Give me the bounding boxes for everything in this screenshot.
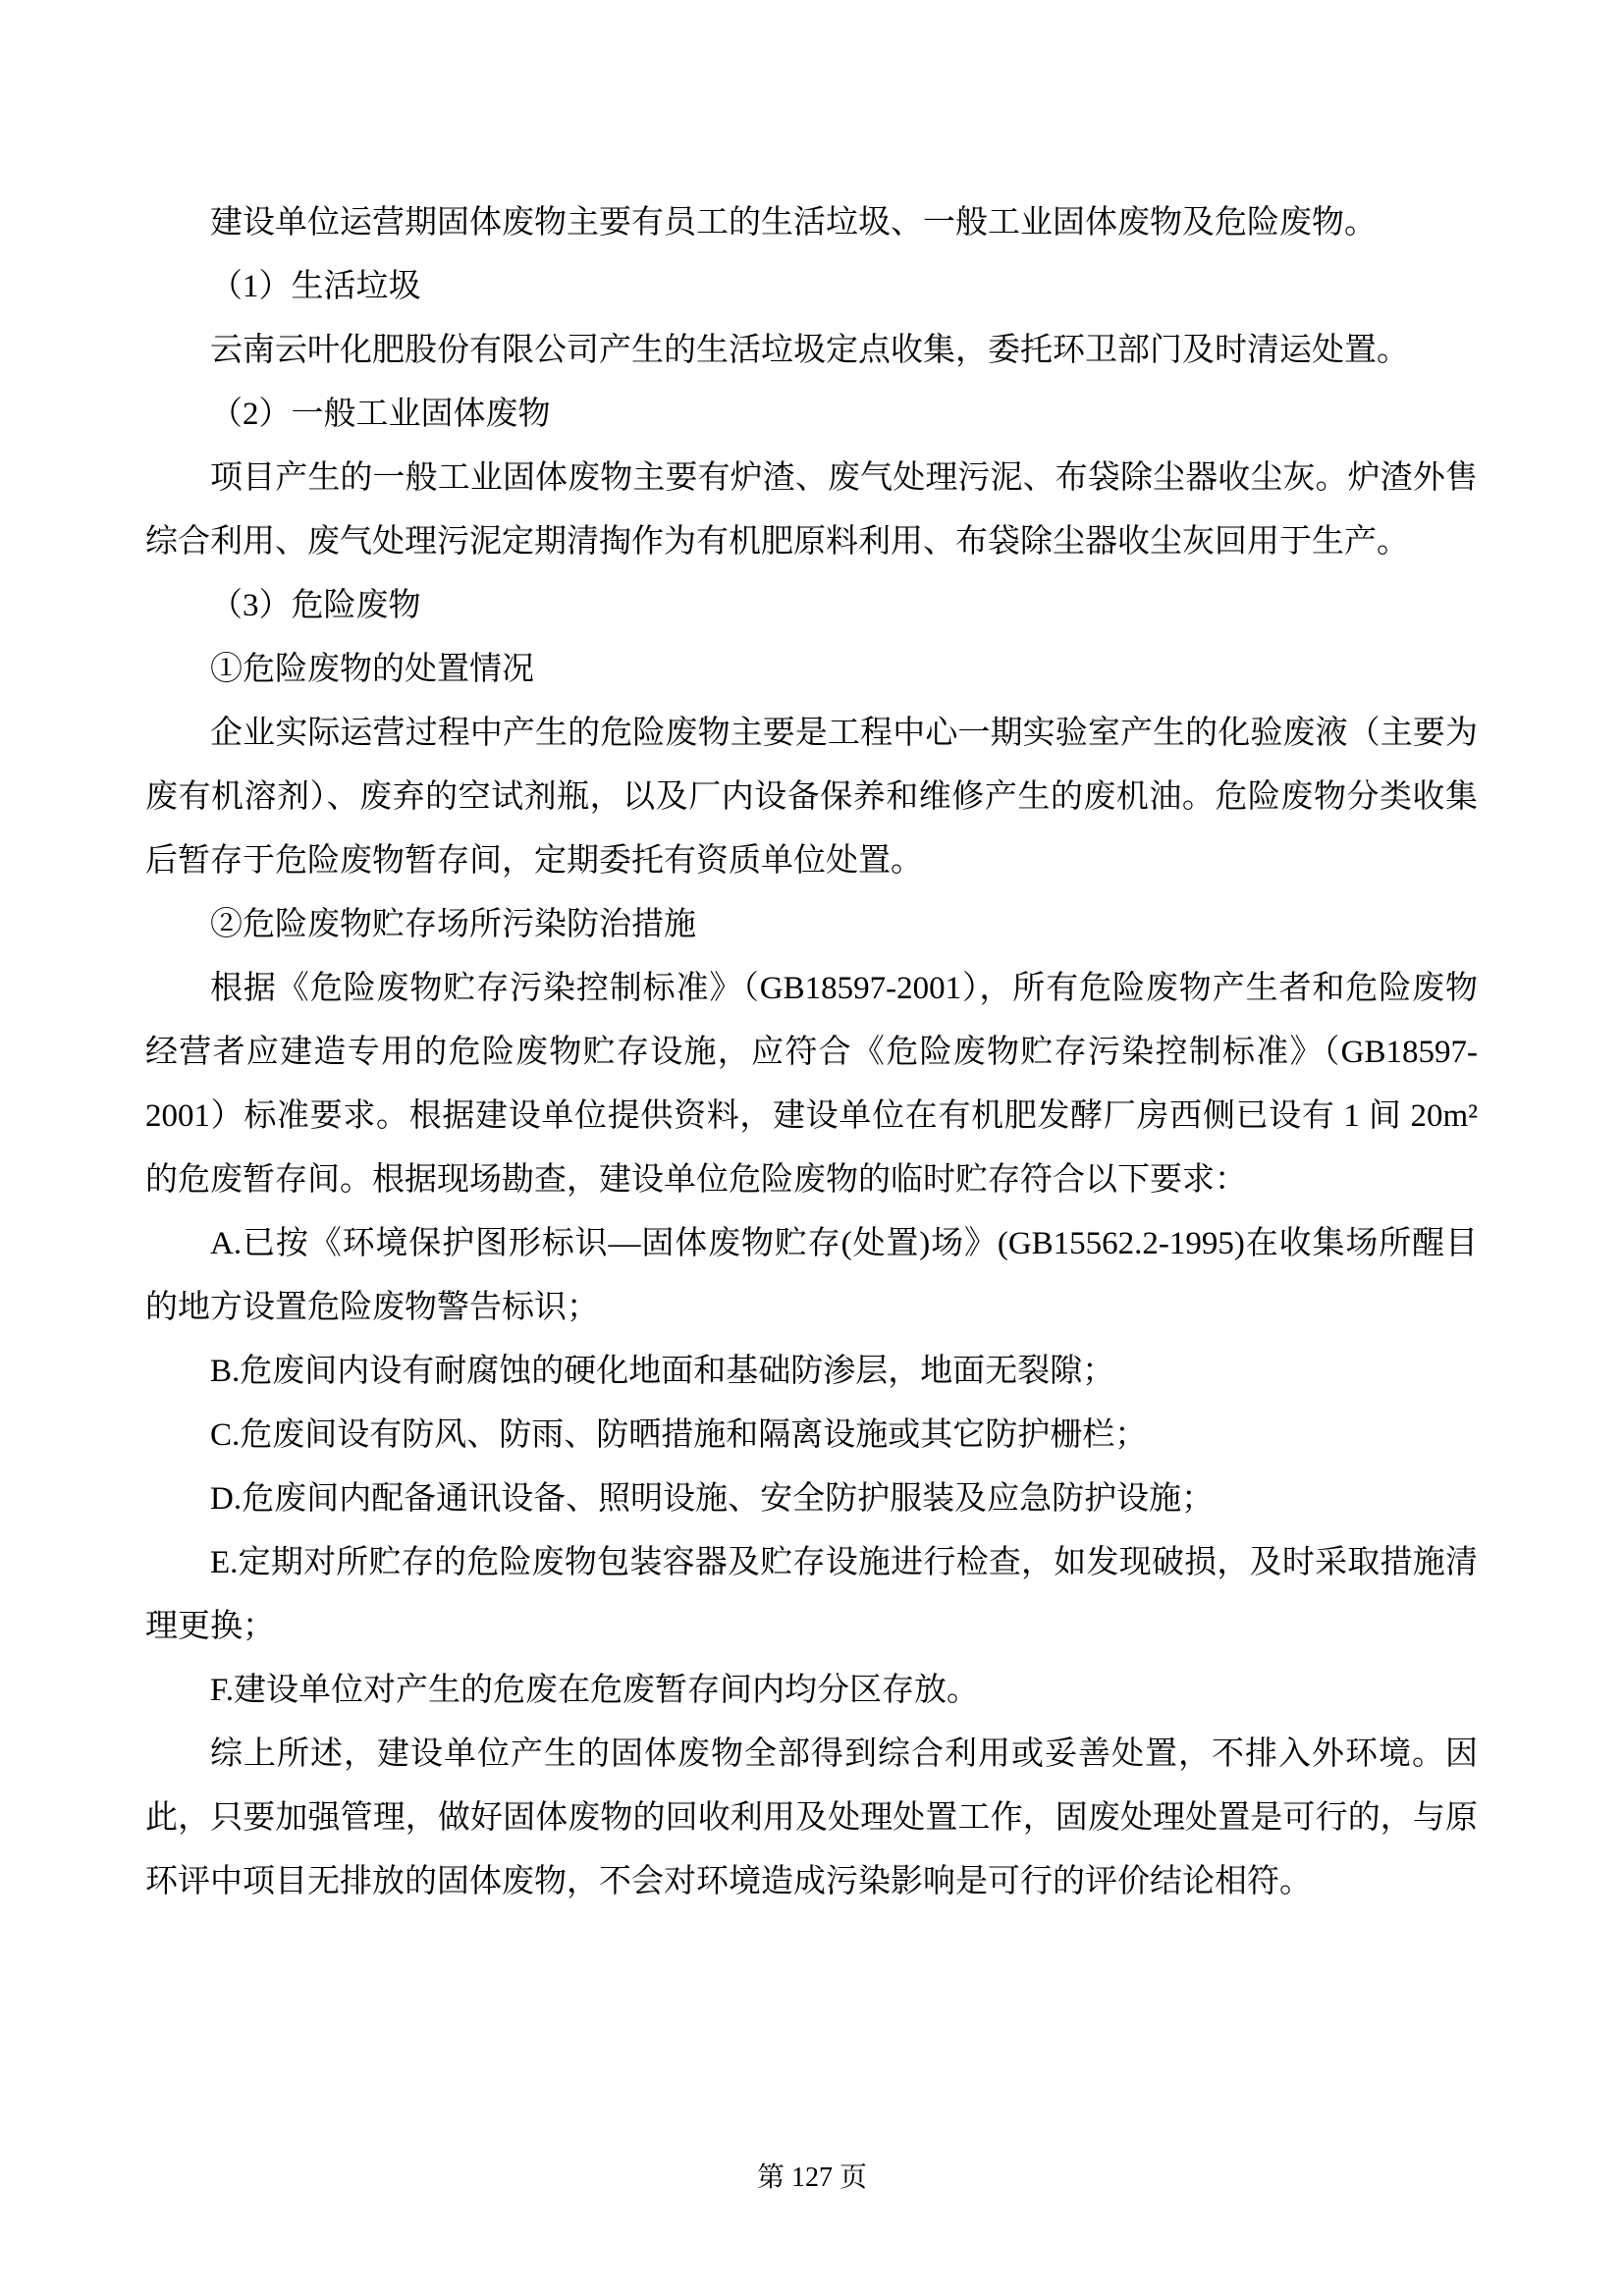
- page-footer: 第 127 页: [0, 2156, 1624, 2201]
- item-c-protection-measures: C.危废间设有防风、防雨、防晒措施和隔离设施或其它防护栅栏；: [145, 1404, 1478, 1468]
- item-e-inspection: E.定期对所贮存的危险废物包装容器及贮存设施进行检查，如发现破损，及时采取措施清…: [145, 1531, 1478, 1659]
- item-d-equipment: D.危废间内配备通讯设备、照明设施、安全防护服装及应急防护设施；: [145, 1468, 1478, 1531]
- subheading-storage-pollution-control: ②危险废物贮存场所污染防治措施: [145, 893, 1478, 957]
- heading-3-hazardous-waste: （3）危险废物: [145, 574, 1478, 638]
- heading-2-general-industrial-waste: （2）一般工业固体废物: [145, 383, 1478, 447]
- document-body: 建设单位运营期固体废物主要有员工的生活垃圾、一般工业固体废物及危险废物。 （1）…: [145, 191, 1478, 1914]
- para-storage-standard: 根据《危险废物贮存污染控制标准》（GB18597-2001），所有危险废物产生者…: [145, 957, 1478, 1212]
- item-a-warning-signs: A.已按《环境保护图形标识—固体废物贮存(处置)场》(GB15562.2-199…: [145, 1212, 1478, 1340]
- heading-1-domestic-garbage: （1）生活垃圾: [145, 255, 1478, 319]
- page-number-label: 第 127 页: [757, 2163, 867, 2193]
- item-b-hardened-floor: B.危废间内设有耐腐蚀的硬化地面和基础防渗层，地面无裂隙；: [145, 1340, 1478, 1404]
- para-general-industrial-waste: 项目产生的一般工业固体废物主要有炉渣、废气处理污泥、布袋除尘器收尘灰。炉渣外售综…: [145, 447, 1478, 574]
- para-domestic-garbage: 云南云叶化肥股份有限公司产生的生活垃圾定点收集，委托环卫部门及时清运处置。: [145, 319, 1478, 383]
- para-disposal-status: 企业实际运营过程中产生的危险废物主要是工程中心一期实验室产生的化验废液（主要为废…: [145, 702, 1478, 893]
- item-f-zoned-storage: F.建设单位对产生的危废在危废暂存间内均分区存放。: [145, 1659, 1478, 1723]
- subheading-disposal-status: ①危险废物的处置情况: [145, 638, 1478, 702]
- para-conclusion: 综上所述，建设单位产生的固体废物全部得到综合利用或妥善处置，不排入外环境。因此，…: [145, 1723, 1478, 1914]
- para-intro: 建设单位运营期固体废物主要有员工的生活垃圾、一般工业固体废物及危险废物。: [145, 191, 1478, 255]
- document-page: 建设单位运营期固体废物主要有员工的生活垃圾、一般工业固体废物及危险废物。 （1）…: [0, 0, 1624, 2296]
